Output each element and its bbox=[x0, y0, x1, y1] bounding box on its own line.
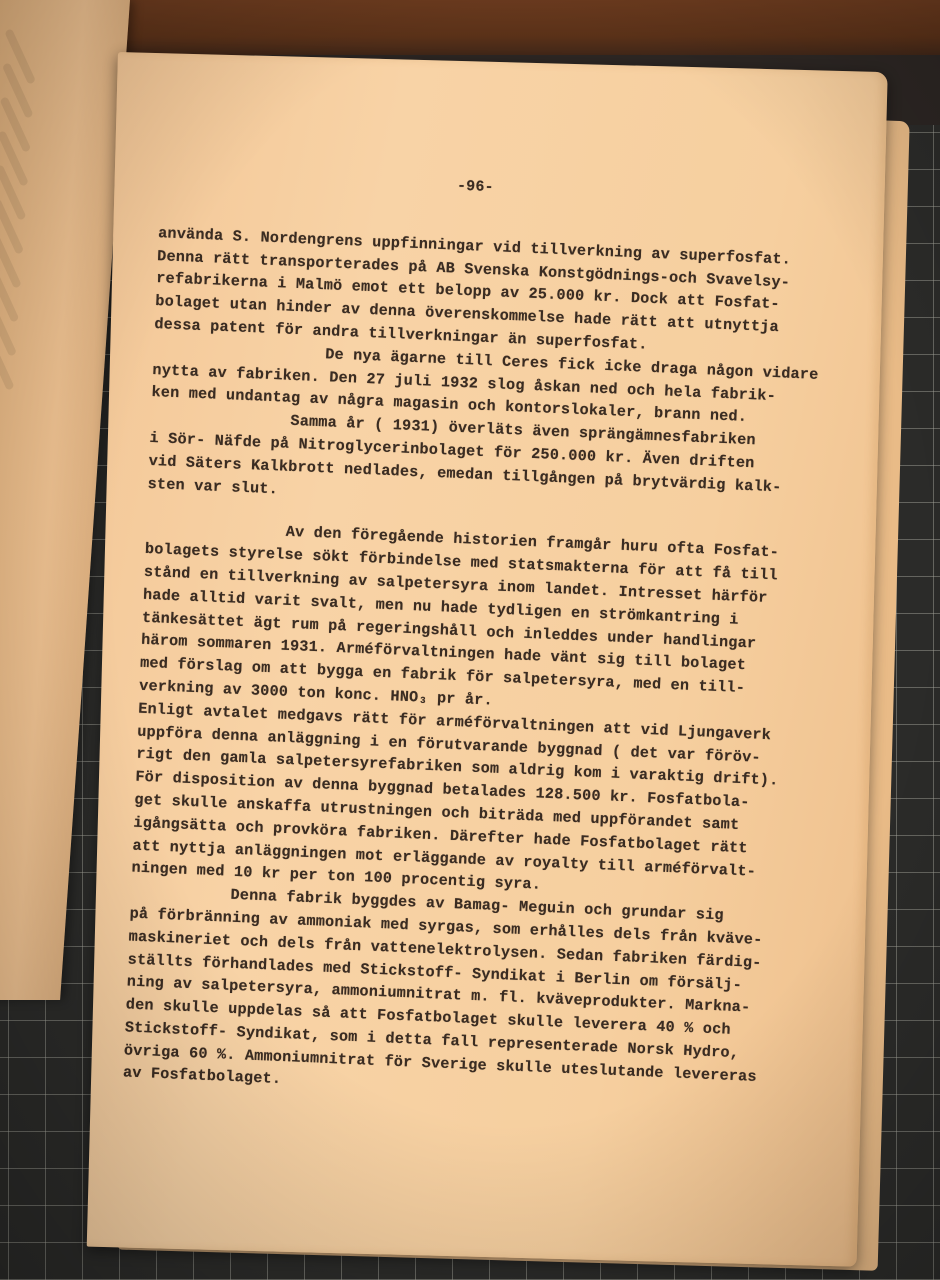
wooden-surface bbox=[0, 0, 940, 60]
document-page: -96- använda S. Nordengrens uppfinningar… bbox=[87, 52, 888, 1267]
typewritten-text: -96- använda S. Nordengrens uppfinningar… bbox=[122, 163, 850, 1113]
paragraph-5: Enligt avtalet medgavs rätt för arméförv… bbox=[131, 697, 828, 908]
page-number: -96- bbox=[130, 162, 820, 214]
paragraph-6: Denna fabrik byggdes av Bamag- Meguin oc… bbox=[122, 880, 820, 1114]
paragraph-4: Av den föregående historien framgår huru… bbox=[139, 515, 836, 726]
